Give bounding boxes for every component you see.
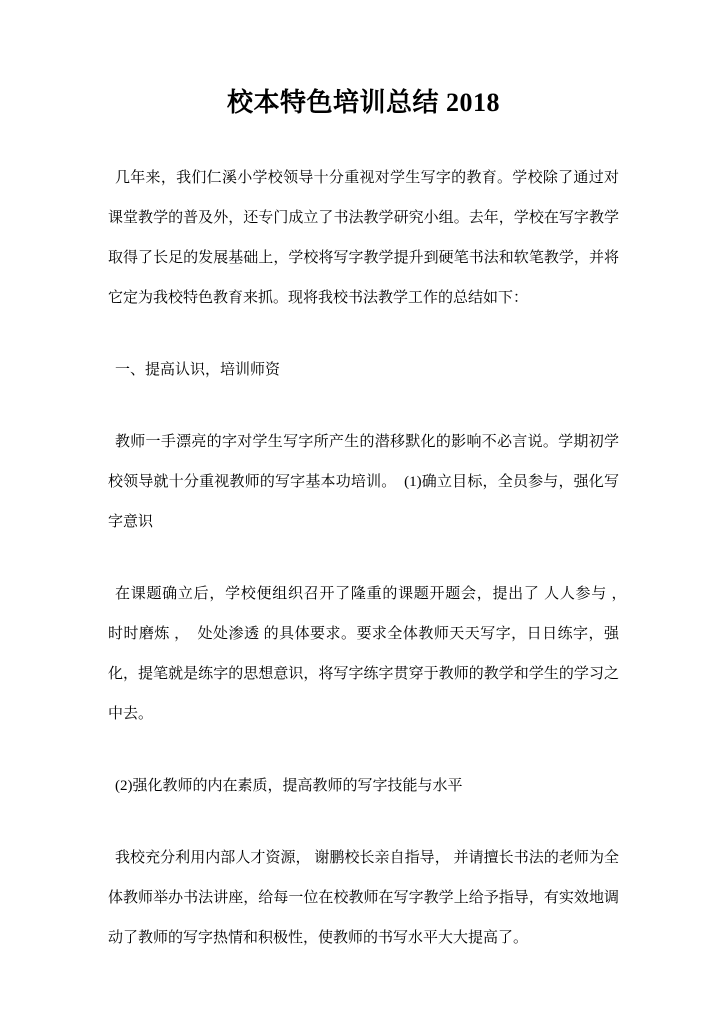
- paragraph-intro: 几年来，我们仁溪小学校领导十分重视对学生写字的教育。学校除了通过对课堂教学的普及…: [108, 158, 619, 318]
- paragraph-point-1: 教师一手漂亮的字对学生写字所产生的潜移默化的影响不必言说。学期初学校领导就十分重…: [108, 422, 619, 542]
- document-page: 校本特色培训总结 2018 几年来，我们仁溪小学校领导十分重视对学生写字的教育。…: [0, 0, 721, 1020]
- paragraph-point-1-detail: 在课题确立后，学校便组织召开了隆重的课题开题会，提出了 人人参与 ， 时时磨炼 …: [108, 574, 619, 734]
- document-title: 校本特色培训总结 2018: [108, 85, 619, 121]
- paragraph-point-2: (2)强化教师的内在素质，提高教师的写字技能与水平: [108, 766, 619, 806]
- paragraph-point-2-detail: 我校充分利用内部人才资源， 谢鹏校长亲自指导， 并请擅长书法的老师为全体教师举办…: [108, 838, 619, 958]
- paragraph-section-heading-1: 一、提高认识，培训师资: [108, 350, 619, 390]
